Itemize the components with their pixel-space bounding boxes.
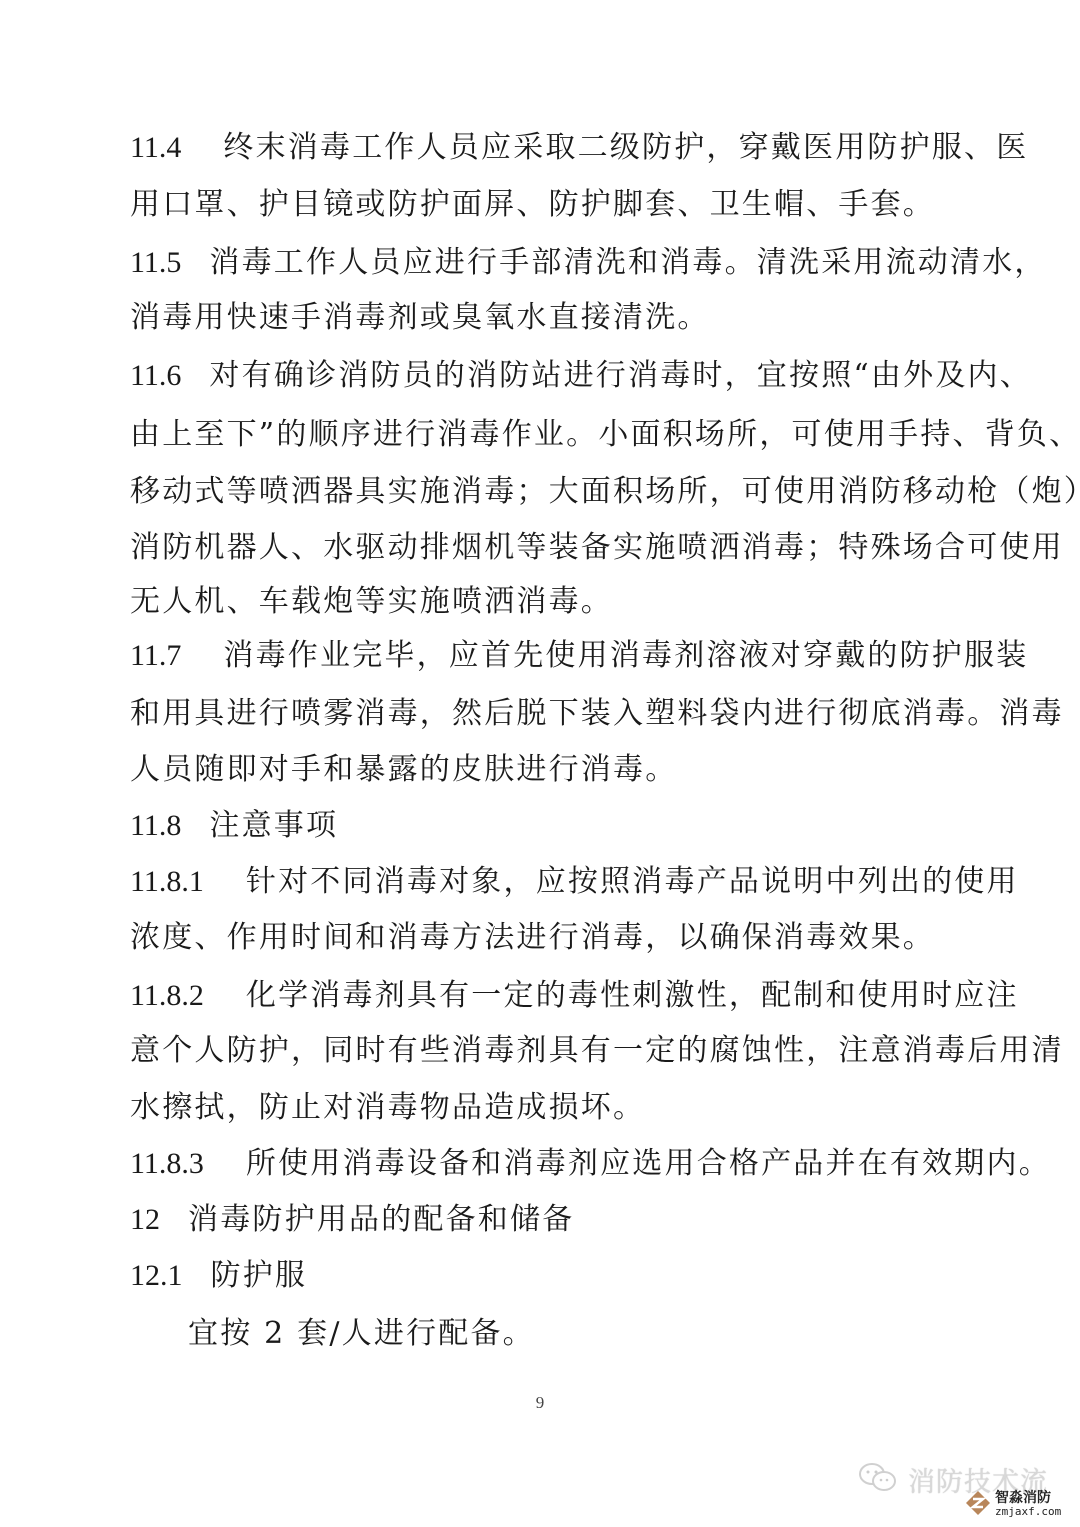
text-line: 无人机、车载炮等实施喷洒消毒。 — [130, 582, 613, 622]
text-line: 消防机器人、水驱动排烟机等装备实施喷洒消毒；特殊场合可使用 — [130, 528, 1064, 568]
section-number: 11.7 — [130, 636, 181, 676]
section-line: 11.4终末消毒工作人员应采取二级防护，穿戴医用防护服、医 — [130, 128, 1028, 168]
brand-name: 智淼消防 — [995, 1491, 1061, 1505]
line-text: 注意事项 — [209, 808, 338, 843]
brand-logo-icon — [965, 1490, 991, 1520]
line-text: 终末消毒工作人员应采取二级防护，穿戴医用防护服、医 — [223, 130, 1028, 165]
section-number: 11.5 — [130, 243, 181, 283]
line-text: 针对不同消毒对象，应按照消毒产品说明中列出的使用 — [246, 864, 1019, 899]
section-line: 11.8.3所使用消毒设备和消毒剂应选用合格产品并在有效期内。 — [130, 1144, 1051, 1184]
page-number: 9 — [0, 1393, 1080, 1413]
line-text: 浓度、作用时间和消毒方法进行消毒，以确保消毒效果。 — [130, 920, 935, 955]
line-text: 消毒用快速手消毒剂或臭氧水直接清洗。 — [130, 300, 710, 335]
line-text: 消毒工作人员应进行手部清洗和消毒。清洗采用流动清水， — [209, 245, 1046, 280]
text-line: 宜按 2 套/人进行配备。 — [188, 1314, 535, 1354]
text-line: 和用具进行喷雾消毒，然后脱下装入塑料袋内进行彻底消毒。消毒 — [130, 694, 1064, 734]
text-line: 用口罩、护目镜或防护面屏、防护脚套、卫生帽、手套。 — [130, 185, 935, 225]
section-number: 11.8.2 — [130, 976, 204, 1016]
section-number: 12.1 — [130, 1256, 183, 1296]
section-line: 12消毒防护用品的配备和储备 — [130, 1200, 574, 1240]
line-text: 宜按 2 套/人进行配备。 — [188, 1316, 535, 1351]
text-line: 由上至下”的顺序进行消毒作业。小面积场所，可使用手持、背负、 — [130, 415, 1080, 455]
line-text: 移动式等喷洒器具实施消毒；大面积场所，可使用消防移动枪（炮）、 — [130, 474, 1080, 509]
wechat-icon — [858, 1462, 898, 1498]
line-text: 和用具进行喷雾消毒，然后脱下装入塑料袋内进行彻底消毒。消毒 — [130, 696, 1064, 731]
text-line: 意个人防护，同时有些消毒剂具有一定的腐蚀性，注意消毒后用清 — [130, 1031, 1064, 1071]
brand-url: zmjaxf.com — [995, 1505, 1061, 1519]
section-line: 11.7消毒作业完毕，应首先使用消毒剂溶液对穿戴的防护服装 — [130, 636, 1028, 676]
section-number: 11.8.1 — [130, 862, 204, 902]
document-page: 11.4终末消毒工作人员应采取二级防护，穿戴医用防护服、医用口罩、护目镜或防护面… — [0, 0, 1080, 1527]
section-number: 11.4 — [130, 128, 181, 168]
section-line: 11.8注意事项 — [130, 806, 338, 846]
section-line: 11.8.2化学消毒剂具有一定的毒性刺激性，配制和使用时应注 — [130, 976, 1019, 1016]
line-text: 人员随即对手和暴露的皮肤进行消毒。 — [130, 752, 677, 787]
line-text: 对有确诊消防员的消防站进行消毒时，宜按照“由外及内、 — [209, 358, 1032, 393]
text-line: 消毒用快速手消毒剂或臭氧水直接清洗。 — [130, 298, 710, 338]
line-text: 由上至下”的顺序进行消毒作业。小面积场所，可使用手持、背负、 — [130, 417, 1080, 452]
line-text: 消毒作业完毕，应首先使用消毒剂溶液对穿戴的防护服装 — [223, 638, 1028, 673]
section-number: 11.8 — [130, 806, 181, 846]
section-line: 11.8.1针对不同消毒对象，应按照消毒产品说明中列出的使用 — [130, 862, 1019, 902]
text-line: 水擦拭，防止对消毒物品造成损坏。 — [130, 1088, 645, 1128]
line-text: 意个人防护，同时有些消毒剂具有一定的腐蚀性，注意消毒后用清 — [130, 1033, 1064, 1068]
section-line: 12.1防护服 — [130, 1256, 307, 1296]
section-line: 11.6对有确诊消防员的消防站进行消毒时，宜按照“由外及内、 — [130, 356, 1032, 396]
section-number: 11.6 — [130, 356, 181, 396]
line-text: 防护服 — [211, 1258, 308, 1293]
text-line: 移动式等喷洒器具实施消毒；大面积场所，可使用消防移动枪（炮）、 — [130, 472, 1080, 512]
text-line: 浓度、作用时间和消毒方法进行消毒，以确保消毒效果。 — [130, 918, 935, 958]
line-text: 用口罩、护目镜或防护面屏、防护脚套、卫生帽、手套。 — [130, 187, 935, 222]
section-number: 11.8.3 — [130, 1144, 204, 1184]
brand-watermark: 智淼消防 zmjaxf.com — [965, 1490, 1061, 1520]
line-text: 无人机、车载炮等实施喷洒消毒。 — [130, 584, 613, 619]
line-text: 消防机器人、水驱动排烟机等装备实施喷洒消毒；特殊场合可使用 — [130, 530, 1064, 565]
line-text: 化学消毒剂具有一定的毒性刺激性，配制和使用时应注 — [246, 978, 1019, 1013]
line-text: 水擦拭，防止对消毒物品造成损坏。 — [130, 1090, 645, 1125]
line-text: 所使用消毒设备和消毒剂应选用合格产品并在有效期内。 — [246, 1146, 1051, 1181]
text-line: 人员随即对手和暴露的皮肤进行消毒。 — [130, 750, 677, 790]
line-text: 消毒防护用品的配备和储备 — [188, 1202, 574, 1237]
section-line: 11.5消毒工作人员应进行手部清洗和消毒。清洗采用流动清水， — [130, 243, 1047, 283]
section-number: 12 — [130, 1200, 160, 1240]
